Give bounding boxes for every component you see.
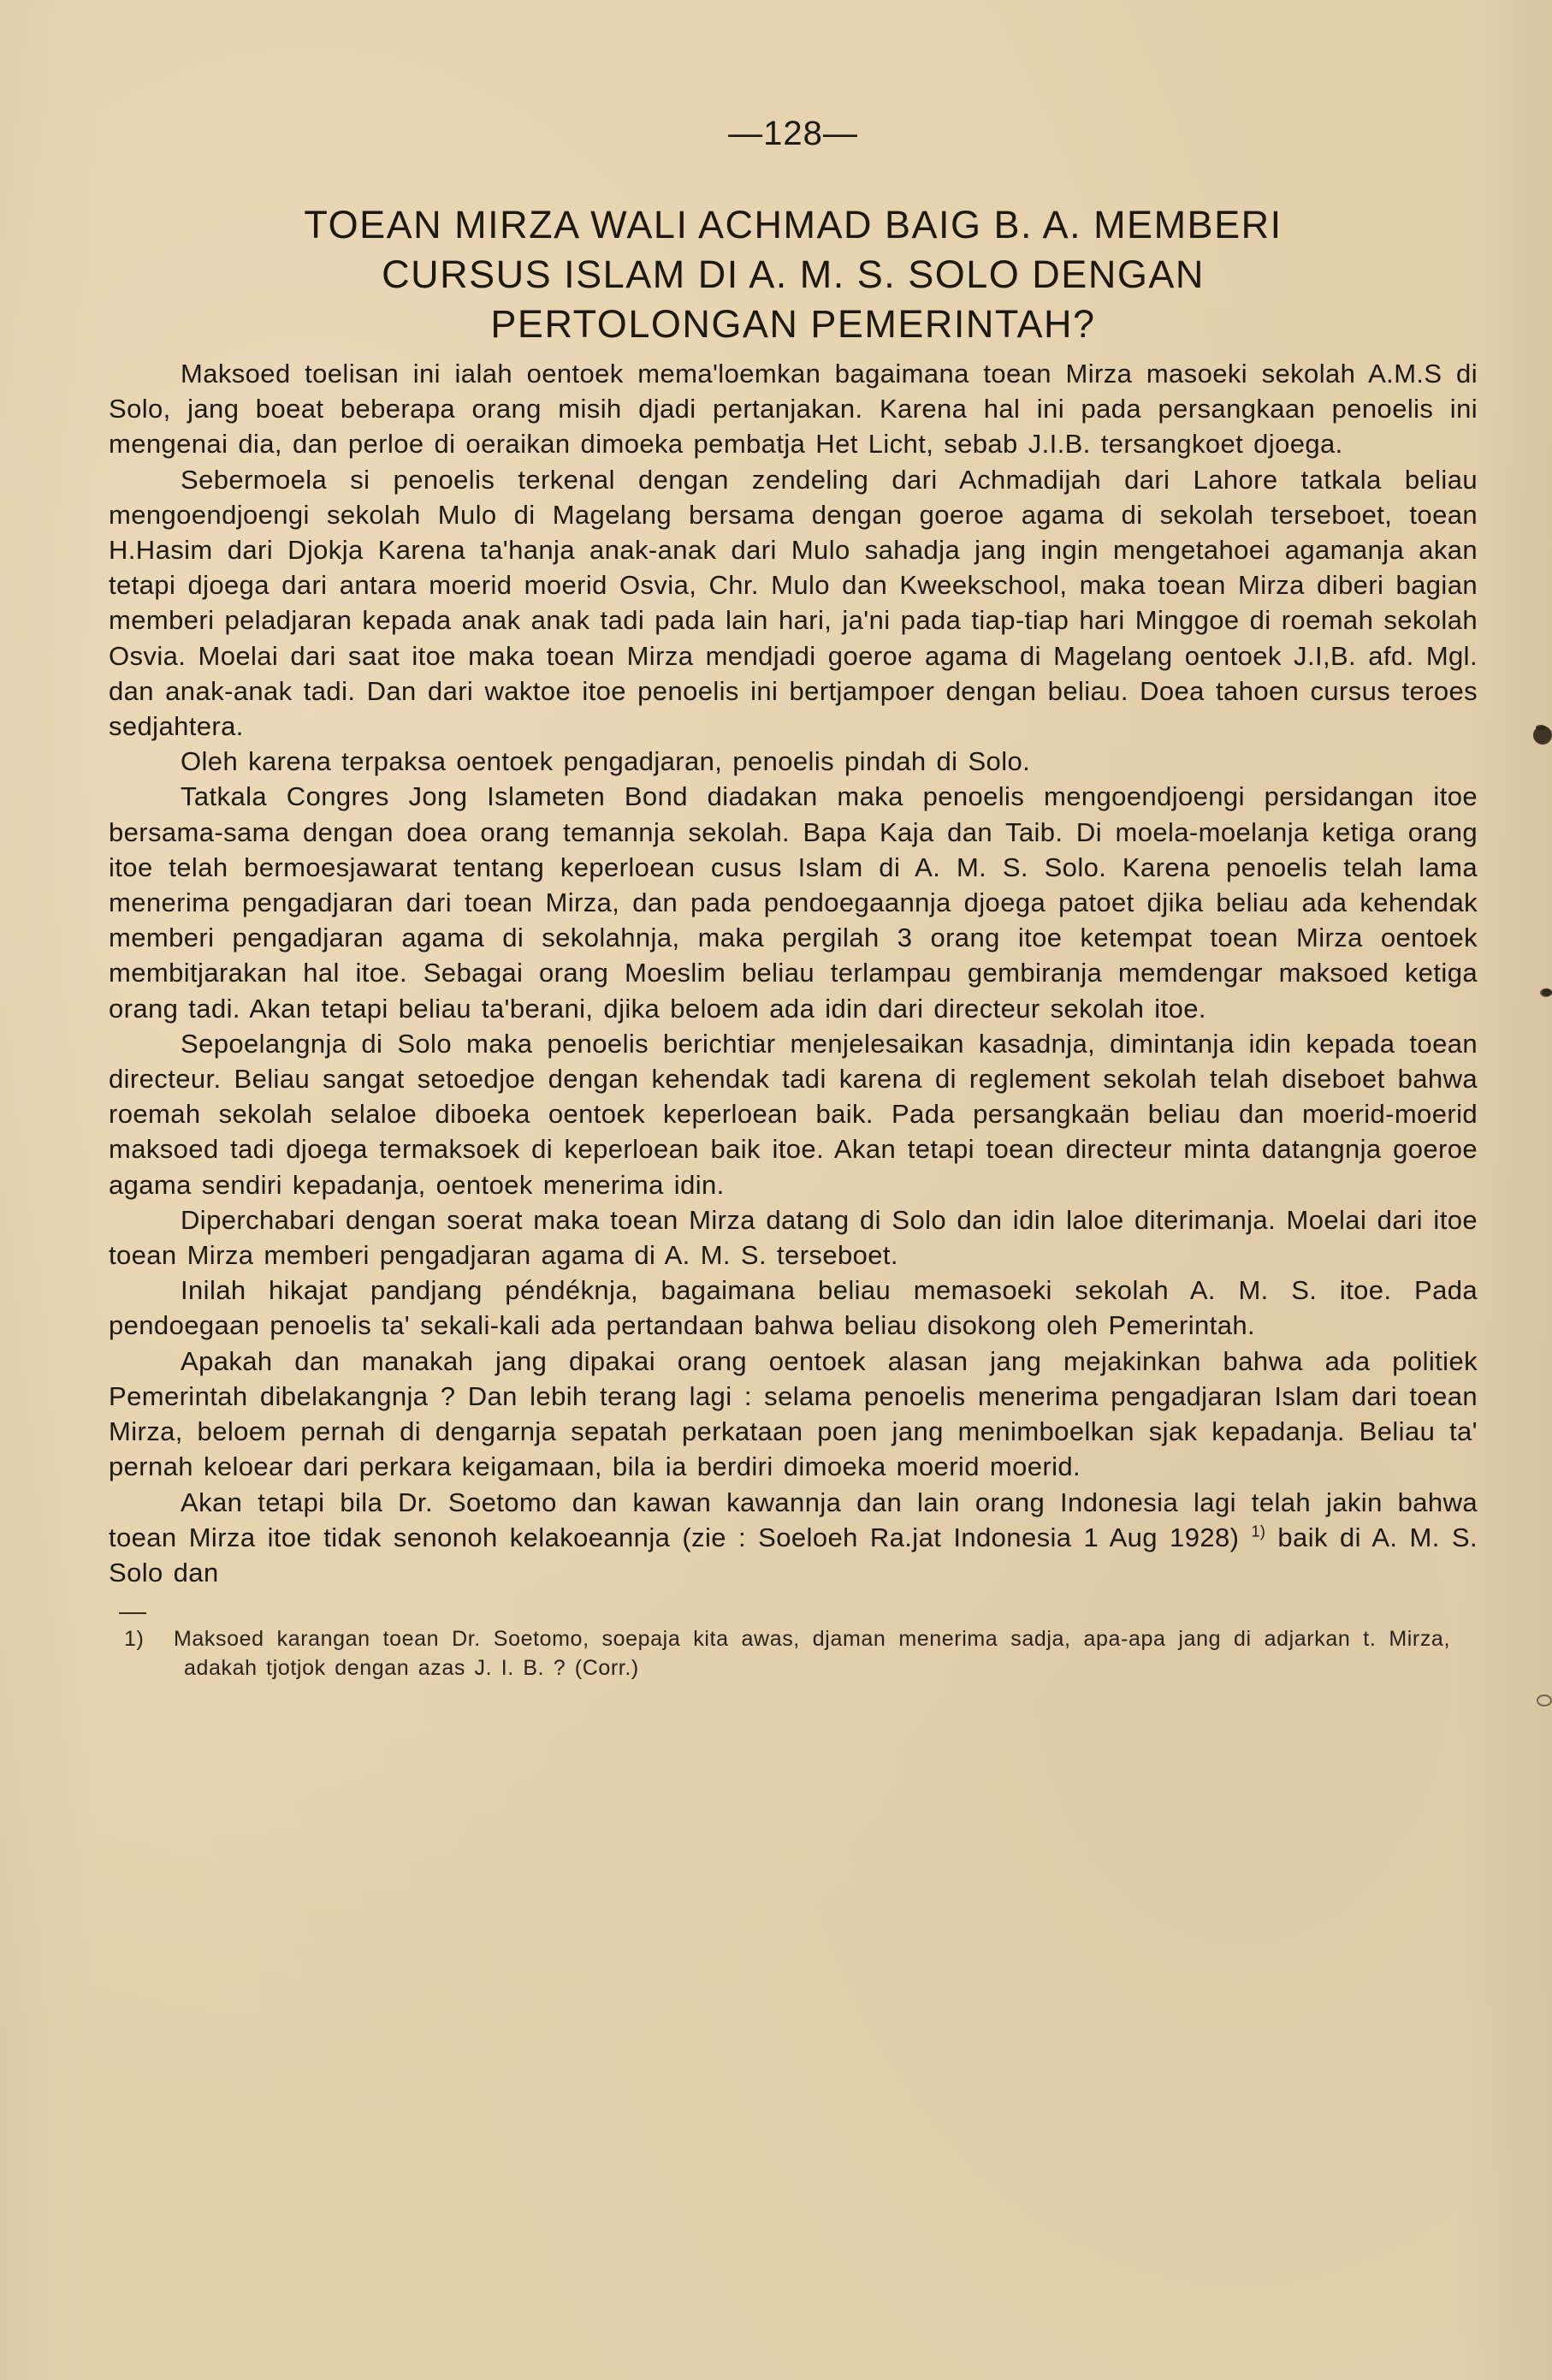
footnote-reference: 1) [1251,1522,1265,1540]
paragraph: Oleh karena terpaksa oentoek pengadjaran… [109,744,1478,779]
footnote: 1)Maksoed karangan toean Dr. Soetomo, so… [109,1624,1450,1683]
document-page: —128— TOEAN MIRZA WALI ACHMAD BAIG B. A.… [109,110,1478,1683]
paragraph: Sepoelangnja di Solo maka penoelis beric… [109,1026,1478,1202]
page-number: —128— [109,110,1478,157]
footnote-divider [119,1612,146,1614]
footnote-marker: 1) [124,1624,174,1653]
paragraph-with-footnote-ref: Akan tetapi bila Dr. Soetomo dan kawan k… [109,1485,1478,1591]
paragraph: Inilah hikajat pandjang péndéknja, bagai… [109,1273,1478,1343]
paragraph: Maksoed toelisan ini ialah oentoek mema'… [109,356,1478,462]
paragraph: Apakah dan manakah jang dipakai orang oe… [109,1344,1478,1485]
ink-mark-decoration [1533,726,1552,745]
footnote-text: Maksoed karangan toean Dr. Soetomo, soep… [174,1627,1450,1680]
title-line: PERTOLONGAN PEMERINTAH? [109,300,1478,349]
paragraph: Diperchabari dengan soerat maka toean Mi… [109,1202,1478,1273]
paragraph: Sebermoela si penoelis terkenal dengan z… [109,462,1478,745]
article-body: Maksoed toelisan ini ialah oentoek mema'… [109,356,1478,1590]
title-line: CURSUS ISLAM DI A. M. S. SOLO DENGAN [109,250,1478,300]
paragraph: Tatkala Congres Jong Islameten Bond diad… [109,779,1478,1025]
article-title: TOEAN MIRZA WALI ACHMAD BAIG B. A. MEMBE… [109,200,1478,349]
ink-mark-decoration [1542,988,1552,996]
ink-mark-decoration [1537,1694,1552,1706]
title-line: TOEAN MIRZA WALI ACHMAD BAIG B. A. MEMBE… [109,200,1478,250]
